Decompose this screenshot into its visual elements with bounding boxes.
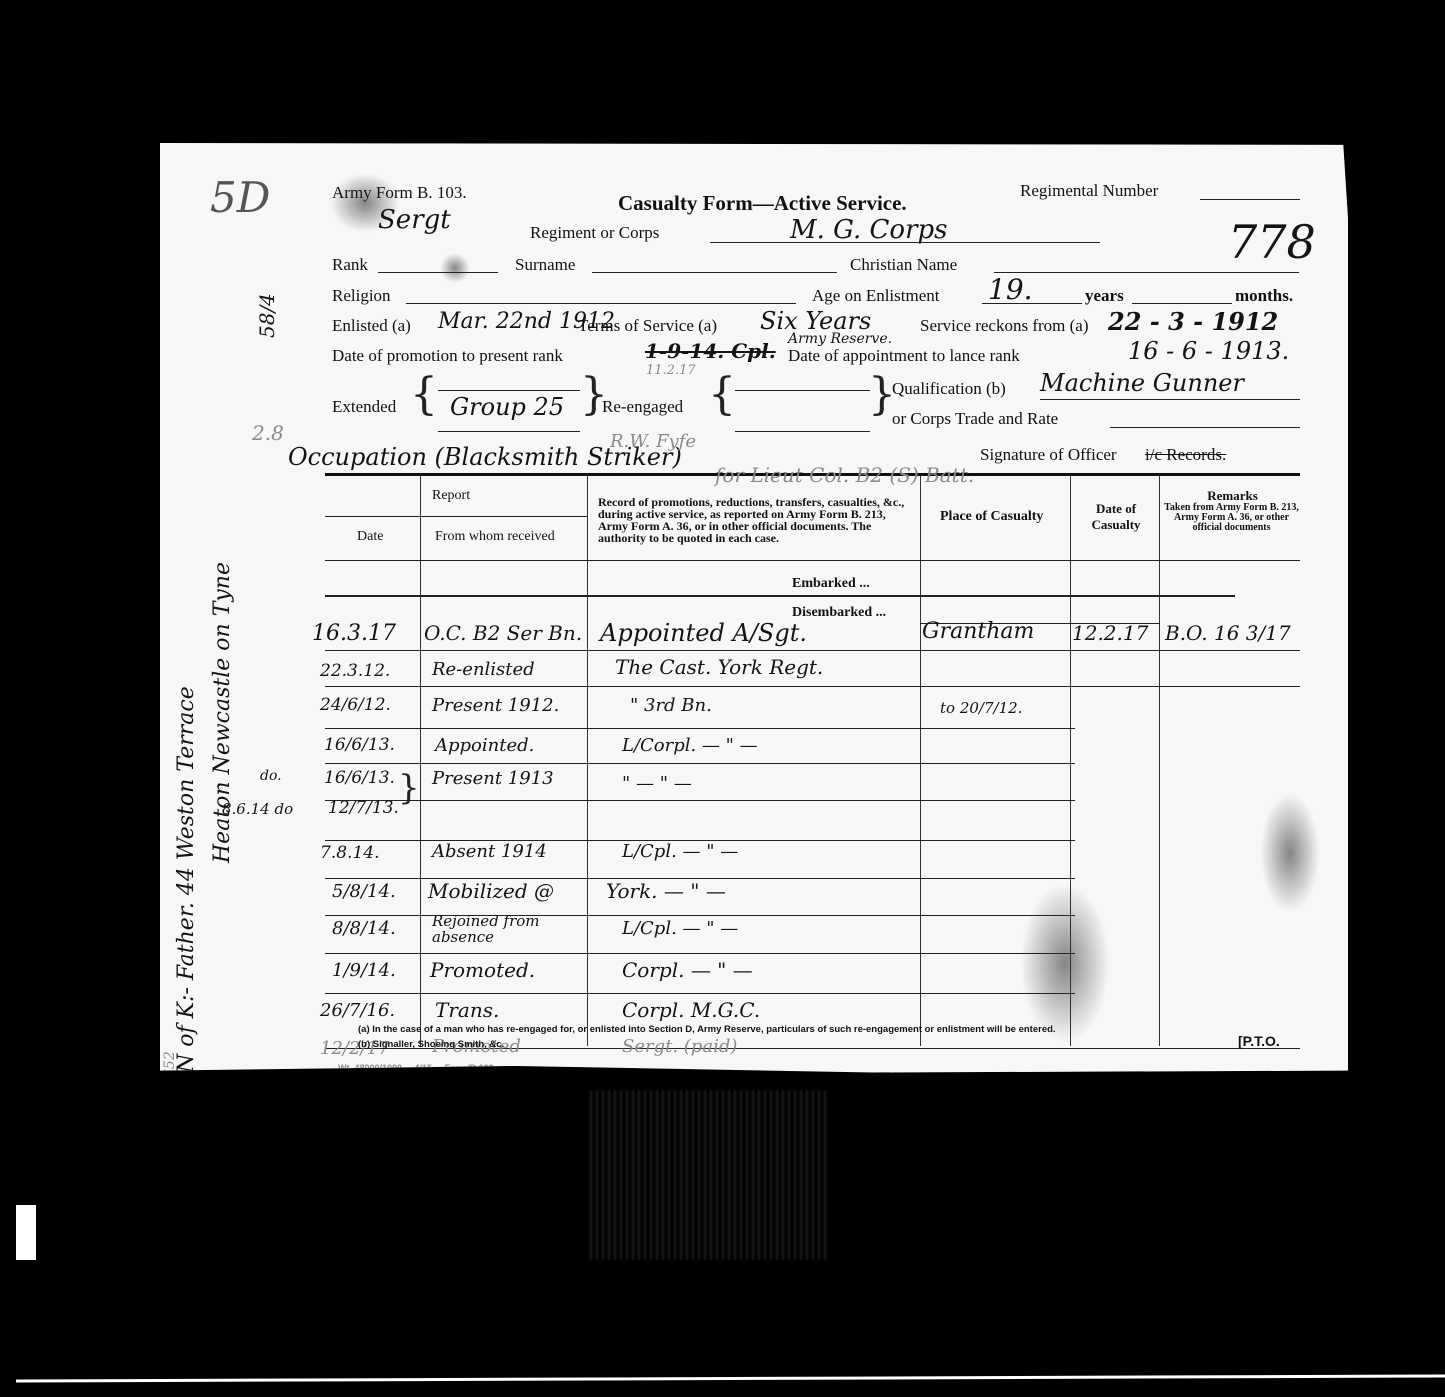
row-9-date: 1/9/14.: [332, 960, 396, 981]
enlisted-label: Enlisted (a): [332, 316, 411, 336]
promotion-value-struck: 1-9-14. Cpl.: [645, 339, 776, 363]
row-6-from: Absent 1914: [432, 841, 547, 862]
film-edge-line: [16, 1375, 1445, 1383]
religion-label: Religion: [332, 286, 391, 306]
row-2-date: 24/6/12.: [320, 695, 391, 715]
margin-note-28: 2.8: [252, 421, 284, 445]
row-6-date: 7.8.14.: [320, 843, 379, 863]
row-4-date: 16/6/13.: [324, 768, 395, 788]
pto-label: [P.T.O.: [1238, 1033, 1280, 1049]
margin-note-do: do.: [260, 768, 282, 784]
row-11-record: Sergt. (paid): [622, 1036, 737, 1057]
row-6-record: L/Cpl. — " —: [622, 841, 738, 862]
lance-rank-value: 16 - 6 - 1913.: [1128, 337, 1289, 365]
christian-name-label: Christian Name: [850, 255, 957, 275]
row-4-record: " — " —: [622, 773, 692, 794]
row-4-from: Present 1913: [432, 768, 554, 789]
row-0-date-casualty: 12.2.17: [1072, 621, 1148, 645]
row-9-from: Promoted.: [430, 958, 535, 982]
row-3-date: 16/6/13.: [324, 735, 395, 755]
form-title: Casualty Form—Active Service.: [618, 191, 907, 216]
extended-label: Extended: [332, 397, 396, 417]
regimental-number-label: Regimental Number: [1020, 181, 1158, 201]
printer-imprint: Wt. 48000/1000 ... 4/15 ... Form/B.103.: [338, 1063, 496, 1073]
header-date-of-casualty: Date of Casualty: [1078, 501, 1154, 533]
terms-note: Army Reserve.: [788, 331, 892, 347]
row-0-record: Appointed A/Sgt.: [600, 619, 807, 647]
row-0-date: 16.3.17: [312, 621, 396, 646]
row-10-record: Corpl. M.G.C.: [622, 998, 760, 1022]
row-0-from: O.C. B2 Ser Bn.: [424, 621, 582, 645]
row-1-date: 22.3.12.: [320, 661, 390, 681]
margin-note-58: 58/4: [255, 293, 279, 338]
margin-note-date: 8.6.14 do: [222, 800, 293, 818]
lance-rank-label: Date of appointment to lance rank: [788, 346, 1020, 366]
header-remarks-sub: Taken from Army Form B. 213, Army Form A…: [1164, 503, 1299, 533]
row-0-place: Grantham: [922, 619, 1034, 644]
casualty-form-document: Army Form B. 103. Casualty Form—Active S…: [160, 143, 1348, 1080]
signature-value: for Lieut Col. B2 (S) Batt.: [715, 463, 974, 487]
months-label: months.: [1235, 286, 1293, 306]
row-5-date: 12/7/13.: [328, 798, 399, 818]
terms-label: Terms of Service (a): [578, 316, 717, 336]
margin-note-5d: 5D: [210, 173, 270, 222]
row-1-from: Re-enlisted: [432, 659, 535, 680]
header-report: Report: [432, 488, 470, 504]
row-8-from: Rejoined from absence: [432, 913, 582, 945]
row-7-from: Mobilized @: [428, 879, 554, 903]
header-record: Record of promotions, reductions, transf…: [598, 496, 913, 544]
header-place-of-casualty: Place of Casualty: [940, 509, 1043, 525]
signature-struck: i/c Records.: [1145, 445, 1226, 465]
row-0-remarks: B.O. 16 3/17: [1165, 621, 1291, 645]
film-marker: [16, 1205, 36, 1260]
extended-value: Group 25: [450, 393, 564, 421]
age-label: Age on Enlistment: [812, 286, 939, 306]
row-8-record: L/Cpl. — " —: [622, 918, 738, 939]
promotion-value: 11.2.17: [646, 363, 696, 378]
footnote-a: (a) In the case of a man who has re-enga…: [358, 1024, 1056, 1035]
reckons-value: 22 - 3 - 1912: [1108, 307, 1278, 336]
margin-note-652: 652: [162, 1051, 178, 1078]
row-9-record: Corpl. — " —: [622, 958, 753, 982]
header-from-whom: From whom received: [435, 529, 555, 545]
years-label: years: [1085, 286, 1124, 306]
surname-label: Surname: [515, 255, 575, 275]
embarked-label: Embarked ...: [792, 576, 870, 592]
footnote-b: (b) Signaller, Shoeing Smith, &c.: [358, 1039, 504, 1050]
row-2-from: Present 1912.: [432, 695, 559, 716]
row-2-record: " 3rd Bn.: [630, 695, 712, 716]
row-3-record: L/Corpl. — " —: [622, 735, 758, 756]
promotion-label: Date of promotion to present rank: [332, 346, 563, 366]
row-8-date: 8/8/14.: [332, 918, 396, 939]
age-value: 19.: [988, 273, 1033, 306]
signature-faint: R.W. Fyfe: [610, 431, 696, 452]
header-date: Date: [357, 529, 383, 545]
scan-artifact: [590, 1090, 830, 1260]
reckons-label: Service reckons from (a): [920, 316, 1089, 336]
reengaged-label: Re-engaged: [602, 397, 683, 417]
row-10-from: Trans.: [435, 998, 499, 1022]
brace-left: {: [410, 375, 438, 415]
regiment-label: Regiment or Corps: [530, 223, 659, 243]
margin-address: N of K:- Father. 44 Weston Terrace: [174, 686, 199, 1073]
signature-label: Signature of Officer: [980, 445, 1117, 465]
row-10-date: 26/7/16.: [320, 1000, 395, 1021]
regiment-value: M. G. Corps: [790, 215, 948, 245]
row-1-record: The Cast. York Regt.: [615, 655, 823, 679]
qualification-value: Machine Gunner: [1040, 369, 1244, 397]
row-3-from: Appointed.: [435, 735, 534, 756]
trade-label: or Corps Trade and Rate: [892, 409, 1058, 429]
regimental-number-value: 778: [1228, 215, 1316, 269]
row-7-record: York. — " —: [606, 879, 726, 903]
rank-label: Rank: [332, 255, 368, 275]
row-7-date: 5/8/14.: [332, 881, 396, 902]
qualification-label: Qualification (b): [892, 379, 1006, 399]
row-2-place: to 20/7/12.: [940, 699, 1022, 717]
